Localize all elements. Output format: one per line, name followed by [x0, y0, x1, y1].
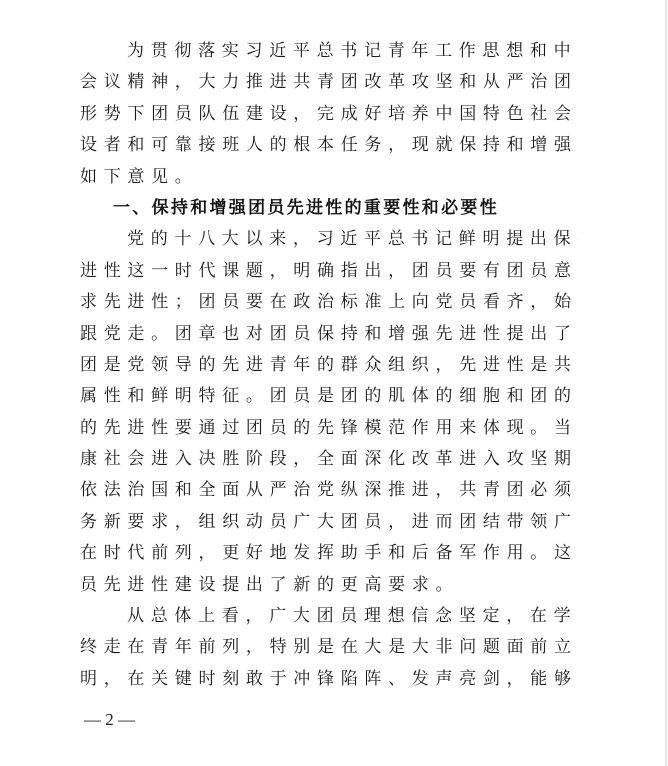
paragraph-importance: 党的十八大以来，习近平总书记鲜明提出保持和增强团员先 进性这一时代课题，明确指出… [80, 224, 578, 601]
text-line: 明，在关键时刻敢于冲锋陷阵、发声亮剑，能够发挥先锋模范作 [80, 664, 578, 695]
text-line: 设者和可靠接班人的根本任务，现就保持和增强团员先进性提出 [80, 130, 578, 161]
text-line: 会议精神，大力推进共青团改革攻坚和从严治团，进一步加强新 [80, 67, 578, 98]
text-line: 求先进性；团员要在政治标准上向党员看齐，始终做到不忘初心 [80, 287, 578, 318]
text-line: 的先进性要通过团员的先锋模范作用来体现。当前，全面建成小 [80, 413, 578, 444]
text-line: 依法治国和全面从严治党纵深推进，共青团必须适应新形势新任 [80, 475, 578, 506]
text-line: 康社会进入决胜阶段，全面深化改革进入攻坚期和深水区，全面 [80, 444, 578, 475]
text-line: 为贯彻落实习近平总书记青年工作思想和中央党的群团工作 [80, 36, 578, 67]
text-line: 务新要求，组织动员广大团员，进而团结带领广大青年紧跟党走 [80, 507, 578, 538]
text-line: 党的十八大以来，习近平总书记鲜明提出保持和增强团员先 [80, 224, 578, 255]
text-line: 在时代前列，更好地发挥助手和后备军作用。这对共青团加强团 [80, 538, 578, 569]
text-line: 属性和鲜明特征。团员是团的肌体的细胞和团的活动的主体，团 [80, 381, 578, 412]
text-line: 终走在青年前列，特别是在大是大非问题面前立场坚定、旗帜鲜 [80, 632, 578, 663]
page-number: — 2 — [84, 710, 135, 730]
paragraph-overview: 从总体上看，广大团员理想信念坚定，在学习工作生活中始 终走在青年前列，特别是在大… [80, 601, 578, 695]
section-heading: 一、保持和增强团员先进性的重要性和必要性 [80, 193, 578, 224]
text-line: 如下意见。 [80, 162, 578, 193]
text-line: 形势下团员队伍建设，完成好培养中国特色社会主义事业合格建 [80, 99, 578, 130]
page-edge [665, 0, 667, 766]
text-line: 团是党领导的先进青年的群众组织，先进性是共青团组织的根本 [80, 350, 578, 381]
text-line: 从总体上看，广大团员理想信念坚定，在学习工作生活中始 [80, 601, 578, 632]
text-line: 员先进性建设提出了新的更高要求。 [80, 570, 578, 601]
document-page: 为贯彻落实习近平总书记青年工作思想和中央党的群团工作 会议精神，大力推进共青团改… [80, 36, 578, 695]
text-line: 进性这一时代课题，明确指出，团员要有团员意识和光荣感，追 [80, 256, 578, 287]
paragraph-intro: 为贯彻落实习近平总书记青年工作思想和中央党的群团工作 会议精神，大力推进共青团改… [80, 36, 578, 193]
text-line: 跟党走。团章也对团员保持和增强先进性提出了明确要求。共青 [80, 319, 578, 350]
